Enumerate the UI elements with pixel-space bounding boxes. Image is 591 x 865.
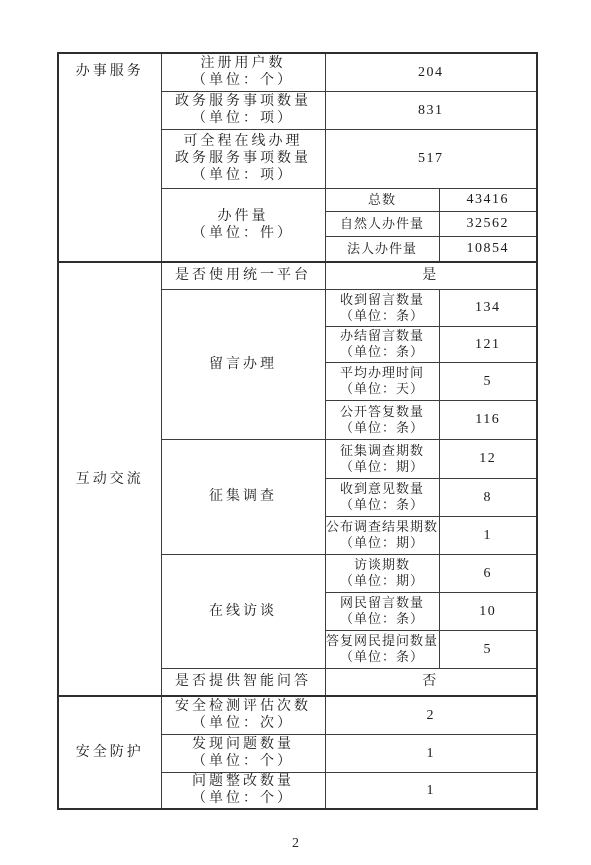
text-line: （单位：件） <box>162 225 325 242</box>
value-cell: 10854 <box>439 236 537 262</box>
text-line: 办结留言数量 <box>326 328 439 344</box>
sub-indicator-cell: 平均办理时间 （单位：天） <box>325 362 439 400</box>
indicator-cell: 可全程在线办理 政务服务事项数量 （单位：项） <box>161 129 325 188</box>
text-line: （单位：个） <box>162 72 325 89</box>
text-line: 政务服务事项数量 <box>162 93 325 110</box>
text-line: 收到意见数量 <box>326 481 439 497</box>
text-line: （单位：期） <box>326 573 439 589</box>
sub-indicator-cell: 访谈期数 （单位：期） <box>325 554 439 592</box>
sub-indicator-cell: 征集调查期数 （单位：期） <box>325 439 439 478</box>
indicator-cell: 在线访谈 <box>161 554 325 668</box>
value-cell: 6 <box>439 554 537 592</box>
text-line: 答复网民提问数量 <box>326 633 439 649</box>
value-cell: 32562 <box>439 211 537 236</box>
indicator-cell: 注册用户数 （单位：个） <box>161 53 325 91</box>
indicator-cell: 留言办理 <box>161 289 325 439</box>
text-line: （单位：项） <box>162 110 325 127</box>
sub-indicator-cell: 法人办件量 <box>325 236 439 262</box>
text-line: 是否使用统一平台 <box>162 267 325 284</box>
value-cell: 1 <box>439 516 537 554</box>
sub-indicator-cell: 办结留言数量 （单位：条） <box>325 326 439 362</box>
text-line: 安全检测评估次数 <box>162 698 325 715</box>
indicator-cell: 安全检测评估次数 （单位：次） <box>161 696 325 734</box>
value-cell: 8 <box>439 478 537 516</box>
text-line: 网民留言数量 <box>326 595 439 611</box>
text-line: （单位：条） <box>326 497 439 513</box>
text-line: （单位：期） <box>326 459 439 475</box>
text-line: 公开答复数量 <box>326 404 439 420</box>
value-cell: 10 <box>439 592 537 630</box>
indicator-cell: 发现问题数量 （单位：个） <box>161 734 325 772</box>
sub-indicator-cell: 网民留言数量 （单位：条） <box>325 592 439 630</box>
text-line: 注册用户数 <box>162 55 325 72</box>
text-line: 问题整改数量 <box>162 773 325 790</box>
text-line: 征集调查期数 <box>326 443 439 459</box>
indicator-cell: 问题整改数量 （单位：个） <box>161 772 325 809</box>
value-cell: 134 <box>439 289 537 326</box>
sub-indicator-cell: 收到留言数量 （单位：条） <box>325 289 439 326</box>
text-line: 平均办理时间 <box>326 365 439 381</box>
page: { "page": { "number": "2" }, "colors": {… <box>0 0 591 865</box>
text-line: 在线访谈 <box>162 603 325 620</box>
text-line: （单位：条） <box>326 308 439 324</box>
text-line: （单位：条） <box>326 420 439 436</box>
value-cell: 517 <box>325 129 537 188</box>
text-line: （单位：期） <box>326 535 439 551</box>
text-line: 访谈期数 <box>326 557 439 573</box>
indicator-cell: 是否提供智能问答 <box>161 668 325 696</box>
text-line: 政务服务事项数量 <box>162 150 325 167</box>
value-cell: 116 <box>439 400 537 439</box>
value-cell: 12 <box>439 439 537 478</box>
value-cell: 43416 <box>439 188 537 211</box>
value-cell: 5 <box>439 630 537 668</box>
text-line: 征集调查 <box>162 488 325 505</box>
indicator-cell: 政务服务事项数量 （单位：项） <box>161 91 325 129</box>
value-cell: 5 <box>439 362 537 400</box>
sub-indicator-cell: 收到意见数量 （单位：条） <box>325 478 439 516</box>
text-line: （单位：条） <box>326 611 439 627</box>
value-cell: 是 <box>325 262 537 289</box>
value-cell: 1 <box>325 734 537 772</box>
text-line: （单位：个） <box>162 753 325 770</box>
indicator-cell: 是否使用统一平台 <box>161 262 325 289</box>
sub-indicator-cell: 自然人办件量 <box>325 211 439 236</box>
group-cell: 安全防护 <box>58 696 161 809</box>
sub-indicator-cell: 公开答复数量 （单位：条） <box>325 400 439 439</box>
value-cell: 121 <box>439 326 537 362</box>
group-cell: 办事服务 <box>58 53 161 262</box>
value-cell: 2 <box>325 696 537 734</box>
text-line: （单位：天） <box>326 381 439 397</box>
text-line: （单位：条） <box>326 344 439 360</box>
indicator-cell: 办件量 （单位：件） <box>161 188 325 262</box>
page-number: 2 <box>0 836 591 852</box>
value-cell: 204 <box>325 53 537 91</box>
text-line: （单位：次） <box>162 715 325 732</box>
value-cell: 831 <box>325 91 537 129</box>
text-line: （单位：项） <box>162 167 325 184</box>
sub-indicator-cell: 答复网民提问数量 （单位：条） <box>325 630 439 668</box>
indicator-cell: 征集调查 <box>161 439 325 554</box>
text-line: 是否提供智能问答 <box>162 673 325 690</box>
annual-report-table: 办事服务 注册用户数 （单位：个） 204 政务服务事项数量 （单位：项） 83… <box>57 52 538 810</box>
group-cell: 互动交流 <box>58 262 161 696</box>
text-line: （单位：个） <box>162 790 325 807</box>
text-line: 留言办理 <box>162 356 325 373</box>
sub-indicator-cell: 总数 <box>325 188 439 211</box>
text-line: 发现问题数量 <box>162 736 325 753</box>
value-cell: 否 <box>325 668 537 696</box>
text-line: 办件量 <box>162 208 325 225</box>
text-line: 收到留言数量 <box>326 292 439 308</box>
text-line: 公布调查结果期数 <box>326 519 439 535</box>
value-cell: 1 <box>325 772 537 809</box>
sub-indicator-cell: 公布调查结果期数 （单位：期） <box>325 516 439 554</box>
text-line: 可全程在线办理 <box>162 133 325 150</box>
text-line: （单位：条） <box>326 649 439 665</box>
